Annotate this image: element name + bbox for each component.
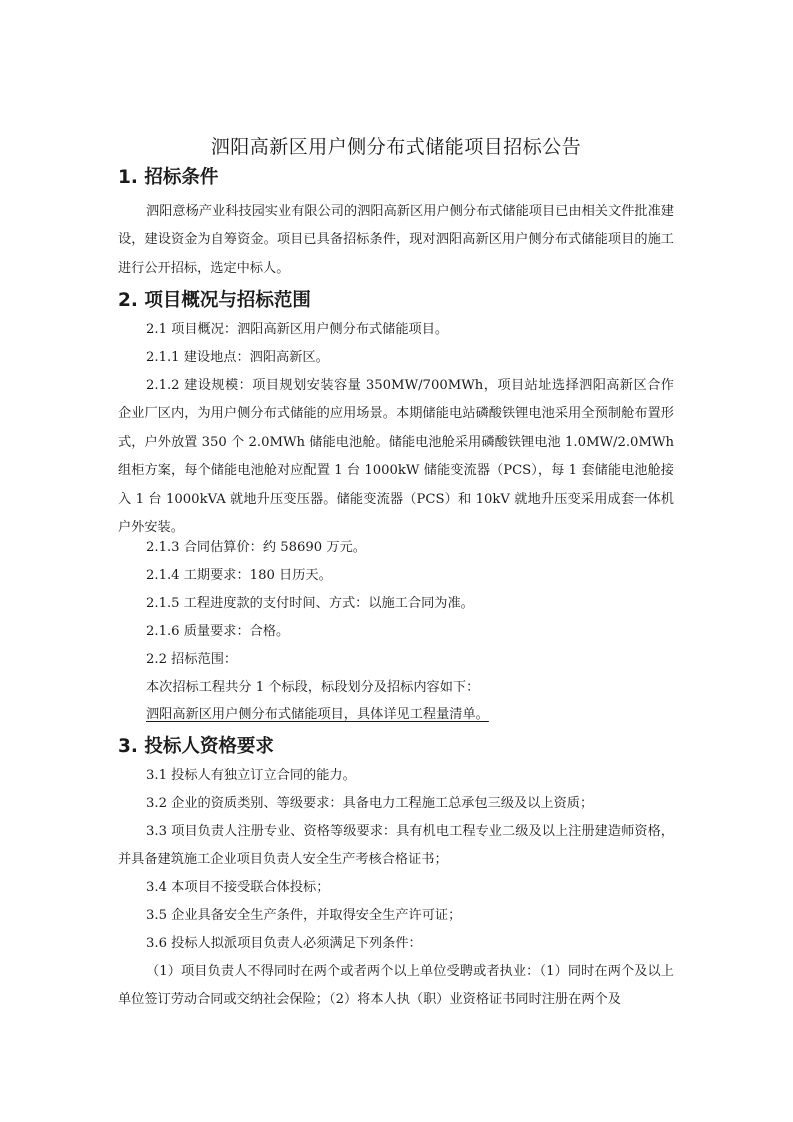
item-2-2: 2.2 招标范围： xyxy=(118,646,674,674)
bid-section-note: 本次招标工程共分 1 个标段，标段划分及招标内容如下： xyxy=(118,674,674,702)
item-2-1-2: 2.1.2 建设规模：项目规划安装容量 350MW/700MWh，项目站址选择泗… xyxy=(118,372,674,542)
item-3-3: 3.3 项目负责人注册专业、资格等级要求：具有机电工程专业二级及以上注册建造师资… xyxy=(118,818,674,875)
section-1-paragraph: 泗阳意杨产业科技园实业有限公司的泗阳高新区用户侧分布式储能项目已由相关文件批准建… xyxy=(118,198,674,283)
item-2-1-4: 2.1.4 工期要求：180 日历天。 xyxy=(118,562,674,590)
item-3-6-condition-1: （1）项目负责人不得同时在两个或者两个以上单位受聘或者执业：（1）同时在两个及以… xyxy=(118,958,674,1015)
bid-scope-text: 泗阳高新区用户侧分布式储能项目，具体详见工程量清单。 xyxy=(146,707,489,722)
item-2-1-5: 2.1.5 工程进度款的支付时间、方式：以施工合同为准。 xyxy=(118,590,674,618)
section-heading-2: 2. 项目概况与招标范围 xyxy=(118,286,311,312)
document-title: 泗阳高新区用户侧分布式储能项目招标公告 xyxy=(118,132,674,159)
item-3-2: 3.2 企业的资质类别、等级要求：具备电力工程施工总承包三级及以上资质； xyxy=(118,790,674,818)
item-2-1-6: 2.1.6 质量要求：合格。 xyxy=(118,618,674,646)
item-3-4: 3.4 本项目不接受联合体投标； xyxy=(118,874,674,902)
item-2-1-1: 2.1.1 建设地点：泗阳高新区。 xyxy=(118,344,674,372)
item-3-1: 3.1 投标人有独立订立合同的能力。 xyxy=(118,762,674,790)
item-3-5: 3.5 企业具备安全生产条件，并取得安全生产许可证； xyxy=(118,902,674,930)
bid-scope-underlined: 泗阳高新区用户侧分布式储能项目，具体详见工程量清单。 xyxy=(146,701,489,729)
item-2-1: 2.1 项目概况：泗阳高新区用户侧分布式储能项目。 xyxy=(118,316,674,344)
item-2-1-3: 2.1.3 合同估算价：约 58690 万元。 xyxy=(118,534,674,562)
section-heading-3: 3. 投标人资格要求 xyxy=(118,732,274,758)
item-3-6: 3.6 投标人拟派项目负责人必须满足下列条件： xyxy=(118,930,674,958)
section-heading-1: 1. 招标条件 xyxy=(118,163,218,189)
